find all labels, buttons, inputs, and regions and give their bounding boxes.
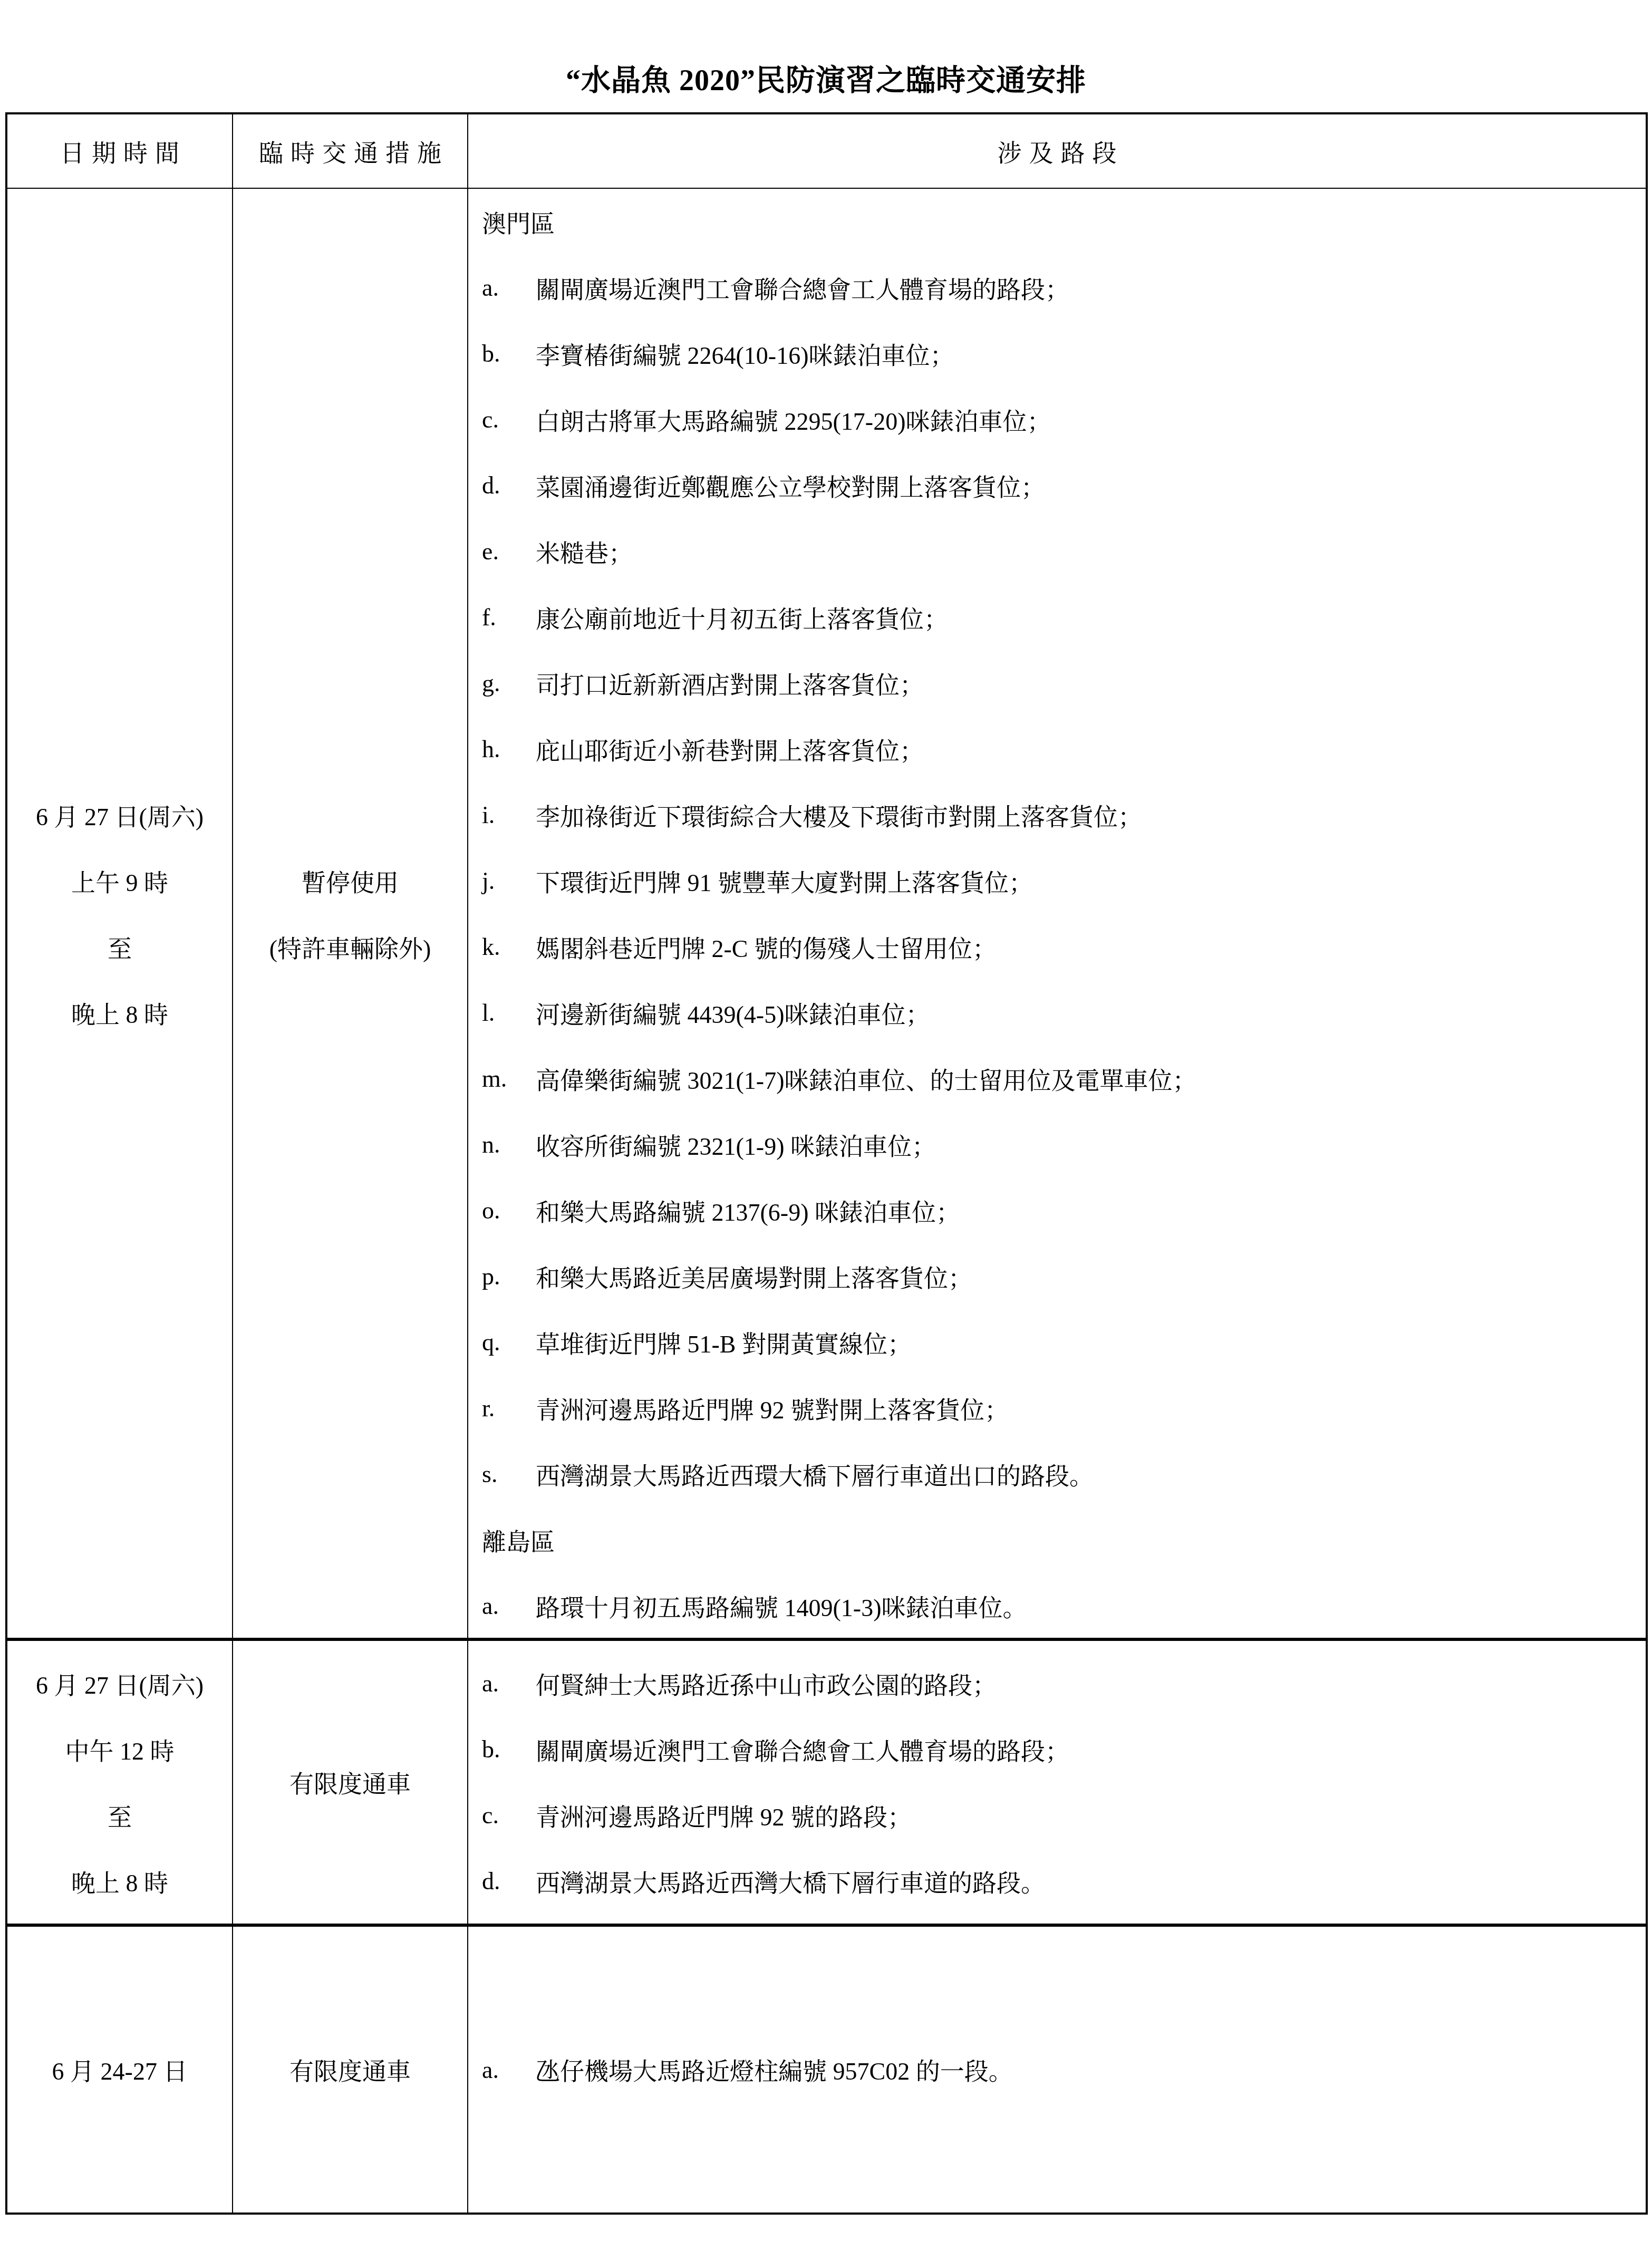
route-item: m. 高偉樂街編號 3021(1-7)咪錶泊車位、的士留用位及電單車位； [468, 1046, 1646, 1112]
route-item-marker: c. [482, 1801, 536, 1829]
route-item-text: 何賢紳士大馬路近孫中山市政公園的路段； [536, 1666, 997, 1701]
route-item-marker: g. [482, 669, 536, 697]
route-item: h. 庇山耶街近小新巷對開上落客貨位； [468, 716, 1646, 782]
route-item-text: 收容所街編號 2321(1-9) 咪錶泊車位； [536, 1127, 936, 1162]
route-item: d. 西灣湖景大馬路近西灣大橋下層行車道的路段。 [468, 1848, 1646, 1914]
roads-cell: 澳門區 a. 關閘廣場近澳門工會聯合總會工人體育場的路段； b. 李寶椿街編號 … [467, 189, 1646, 1639]
route-item: c. 白朗古將軍大馬路編號 2295(17-20)咪錶泊車位； [468, 387, 1646, 452]
datetime-lines: 6 月 27 日(周六)中午 12 時至晚上 8 時 [7, 1641, 232, 1924]
route-item: l. 河邊新街編號 4439(4-5)咪錶泊車位； [468, 980, 1646, 1046]
route-item-text: 白朗古將軍大馬路編號 2295(17-20)咪錶泊車位； [536, 402, 1051, 437]
measure-line: 有限度通車 [289, 1750, 411, 1815]
route-item: j. 下環街近門牌 91 號豐華大廈對開上落客貨位； [468, 848, 1646, 914]
route-item-text: 康公廟前地近十月初五街上落客貨位； [536, 600, 948, 635]
table-row: 6 月 24-27 日 有限度通車 a. 氹仔機場大馬路近燈柱編號 957C02… [7, 1924, 1646, 2213]
measure-lines: 有限度通車 [233, 1641, 467, 1924]
route-item: p. 和樂大馬路近美居廣場對開上落客貨位； [468, 1243, 1646, 1309]
datetime-line: 中午 12 時 [65, 1716, 175, 1782]
route-item: a. 氹仔機場大馬路近燈柱編號 957C02 的一段。 [468, 2037, 1646, 2103]
route-item-marker: e. [482, 537, 536, 565]
route-item-marker: r. [482, 1394, 536, 1422]
route-item-marker: b. [482, 340, 536, 368]
roads-cell: a. 何賢紳士大馬路近孫中山市政公園的路段； b. 關閘廣場近澳門工會聯合總會工… [467, 1641, 1646, 1924]
route-item-marker: j. [482, 867, 536, 895]
route-item: a. 關閘廣場近澳門工會聯合總會工人體育場的路段； [468, 255, 1646, 321]
header-measure: 臨時交通措施 [232, 114, 467, 188]
route-item-marker: b. [482, 1735, 536, 1763]
measure-line: 暫停使用 [302, 848, 399, 914]
route-item-marker: d. [482, 1867, 536, 1895]
datetime-cell: 6 月 27 日(周六)上午 9 時至晚上 8 時 [7, 189, 232, 1639]
datetime-line: 6 月 27 日(周六) [36, 782, 204, 848]
route-item-text: 河邊新街編號 4439(4-5)咪錶泊車位； [536, 996, 930, 1030]
route-item-marker: o. [482, 1196, 536, 1224]
route-item: e. 米糙巷； [468, 518, 1646, 584]
route-item: s. 西灣湖景大馬路近西環大橋下層行車道出口的路段。 [468, 1441, 1646, 1507]
traffic-arrangement-table: 日期時間 臨時交通措施 涉及路段 6 月 27 日(周六)上午 9 時至晚上 8… [5, 112, 1648, 2215]
route-item-marker: s. [482, 1460, 536, 1488]
route-item-text: 澳門區 [482, 205, 555, 239]
route-item-text: 關閘廣場近澳門工會聯合總會工人體育場的路段； [536, 1732, 1069, 1767]
route-item-text: 媽閣斜巷近門牌 2-C 號的傷殘人士留用位； [536, 930, 997, 964]
route-item-text: 米糙巷； [536, 534, 633, 569]
route-item: o. 和樂大馬路編號 2137(6-9) 咪錶泊車位； [468, 1177, 1646, 1243]
route-item-text: 高偉樂街編號 3021(1-7)咪錶泊車位、的士留用位及電單車位； [536, 1061, 1196, 1096]
route-item-text: 李寶椿街編號 2264(10-16)咪錶泊車位； [536, 336, 954, 371]
route-item: a. 路環十月初五馬路編號 1409(1-3)咪錶泊車位。 [468, 1573, 1646, 1639]
route-item-marker: p. [482, 1262, 536, 1290]
route-item-text: 司打口近新新酒店對開上落客貨位； [536, 666, 924, 701]
route-item: c. 青洲河邊馬路近門牌 92 號的路段； [468, 1782, 1646, 1848]
measure-lines: 有限度通車 [233, 1927, 467, 2213]
header-roads: 涉及路段 [467, 114, 1646, 188]
route-item-text: 離島區 [482, 1523, 555, 1558]
route-item: a. 何賢紳士大馬路近孫中山市政公園的路段； [468, 1650, 1646, 1716]
table-row: 6 月 27 日(周六)上午 9 時至晚上 8 時 暫停使用(特許車輛除外) 澳… [7, 189, 1646, 1638]
route-item-text: 和樂大馬路近美居廣場對開上落客貨位； [536, 1259, 972, 1294]
route-item: b. 李寶椿街編號 2264(10-16)咪錶泊車位； [468, 321, 1646, 387]
route-item-marker: d. [482, 471, 536, 499]
route-item-text: 氹仔機場大馬路近燈柱編號 957C02 的一段。 [536, 2052, 1013, 2087]
route-item-text: 草堆街近門牌 51-B 對開黃實線位； [536, 1325, 912, 1360]
route-item-text: 西灣湖景大馬路近西環大橋下層行車道出口的路段。 [536, 1457, 1094, 1492]
route-item: 澳門區 [468, 189, 1646, 255]
datetime-cell: 6 月 24-27 日 [7, 1927, 232, 2213]
route-item: k. 媽閣斜巷近門牌 2-C 號的傷殘人士留用位； [468, 914, 1646, 980]
route-item-text: 西灣湖景大馬路近西灣大橋下層行車道的路段。 [536, 1864, 1045, 1899]
route-item-marker: h. [482, 735, 536, 763]
route-item-marker: f. [482, 603, 536, 631]
route-item: 離島區 [468, 1507, 1646, 1573]
datetime-line: 晚上 8 時 [71, 980, 168, 1046]
roads-list: a. 何賢紳士大馬路近孫中山市政公園的路段； b. 關閘廣場近澳門工會聯合總會工… [468, 1641, 1646, 1924]
datetime-line: 上午 9 時 [71, 848, 168, 914]
route-item: b. 關閘廣場近澳門工會聯合總會工人體育場的路段； [468, 1716, 1646, 1782]
route-item-text: 青洲河邊馬路近門牌 92 號的路段； [536, 1798, 912, 1833]
route-item-text: 關閘廣場近澳門工會聯合總會工人體育場的路段； [536, 270, 1069, 305]
measure-cell: 暫停使用(特許車輛除外) [232, 189, 467, 1639]
datetime-lines: 6 月 27 日(周六)上午 9 時至晚上 8 時 [7, 189, 232, 1639]
route-item: r. 青洲河邊馬路近門牌 92 號對開上落客貨位； [468, 1375, 1646, 1441]
route-item-text: 菜園涌邊街近鄭觀應公立學校對開上落客貨位； [536, 468, 1045, 503]
route-item-marker: m. [482, 1065, 536, 1093]
route-item-marker: l. [482, 999, 536, 1027]
route-item-marker: a. [482, 1592, 536, 1620]
route-item: q. 草堆街近門牌 51-B 對開黃實線位； [468, 1309, 1646, 1375]
route-item-text: 路環十月初五馬路編號 1409(1-3)咪錶泊車位。 [536, 1589, 1027, 1624]
measure-lines: 暫停使用(特許車輛除外) [233, 189, 467, 1639]
datetime-cell: 6 月 27 日(周六)中午 12 時至晚上 8 時 [7, 1641, 232, 1924]
route-item-marker: i. [482, 801, 536, 829]
route-item-marker: q. [482, 1328, 536, 1356]
measure-line: (特許車輛除外) [269, 914, 431, 980]
datetime-line: 至 [108, 914, 132, 980]
route-item-text: 庇山耶街近小新巷對開上落客貨位； [536, 732, 924, 767]
header-datetime: 日期時間 [7, 114, 232, 188]
datetime-lines: 6 月 24-27 日 [7, 1927, 232, 2213]
route-item-marker: c. [482, 405, 536, 433]
route-item-text: 和樂大馬路編號 2137(6-9) 咪錶泊車位； [536, 1193, 960, 1228]
route-item: n. 收容所街編號 2321(1-9) 咪錶泊車位； [468, 1112, 1646, 1177]
roads-list: a. 氹仔機場大馬路近燈柱編號 957C02 的一段。 [468, 1927, 1646, 2213]
route-item: f. 康公廟前地近十月初五街上落客貨位； [468, 584, 1646, 650]
datetime-line: 晚上 8 時 [71, 1848, 168, 1914]
datetime-line: 至 [108, 1782, 132, 1848]
table-header-row: 日期時間 臨時交通措施 涉及路段 [7, 114, 1646, 189]
measure-cell: 有限度通車 [232, 1641, 467, 1924]
route-item-marker: n. [482, 1131, 536, 1158]
measure-cell: 有限度通車 [232, 1927, 467, 2213]
route-item: g. 司打口近新新酒店對開上落客貨位； [468, 650, 1646, 716]
route-item-text: 下環街近門牌 91 號豐華大廈對開上落客貨位； [536, 864, 1033, 899]
datetime-line: 6 月 27 日(周六) [36, 1650, 204, 1716]
measure-line: 有限度通車 [289, 2037, 411, 2103]
route-item: i. 李加祿街近下環街綜合大樓及下環街市對開上落客貨位； [468, 782, 1646, 848]
document-page: “水晶魚 2020”民防演習之臨時交通安排 日期時間 臨時交通措施 涉及路段 6… [0, 0, 1652, 2251]
route-item-marker: a. [482, 1669, 536, 1697]
document-title: “水晶魚 2020”民防演習之臨時交通安排 [0, 63, 1652, 98]
route-item-text: 青洲河邊馬路近門牌 92 號對開上落客貨位； [536, 1391, 1009, 1426]
roads-cell: a. 氹仔機場大馬路近燈柱編號 957C02 的一段。 [467, 1927, 1646, 2213]
route-item-marker: k. [482, 933, 536, 961]
roads-list: 澳門區 a. 關閘廣場近澳門工會聯合總會工人體育場的路段； b. 李寶椿街編號 … [468, 189, 1646, 1639]
route-item-marker: a. [482, 2056, 536, 2084]
datetime-line: 6 月 24-27 日 [52, 2037, 188, 2103]
route-item: d. 菜園涌邊街近鄭觀應公立學校對開上落客貨位； [468, 452, 1646, 518]
table-row: 6 月 27 日(周六)中午 12 時至晚上 8 時 有限度通車 a. 何賢紳士… [7, 1638, 1646, 1924]
route-item-text: 李加祿街近下環街綜合大樓及下環街市對開上落客貨位； [536, 798, 1142, 833]
route-item-marker: a. [482, 274, 536, 302]
